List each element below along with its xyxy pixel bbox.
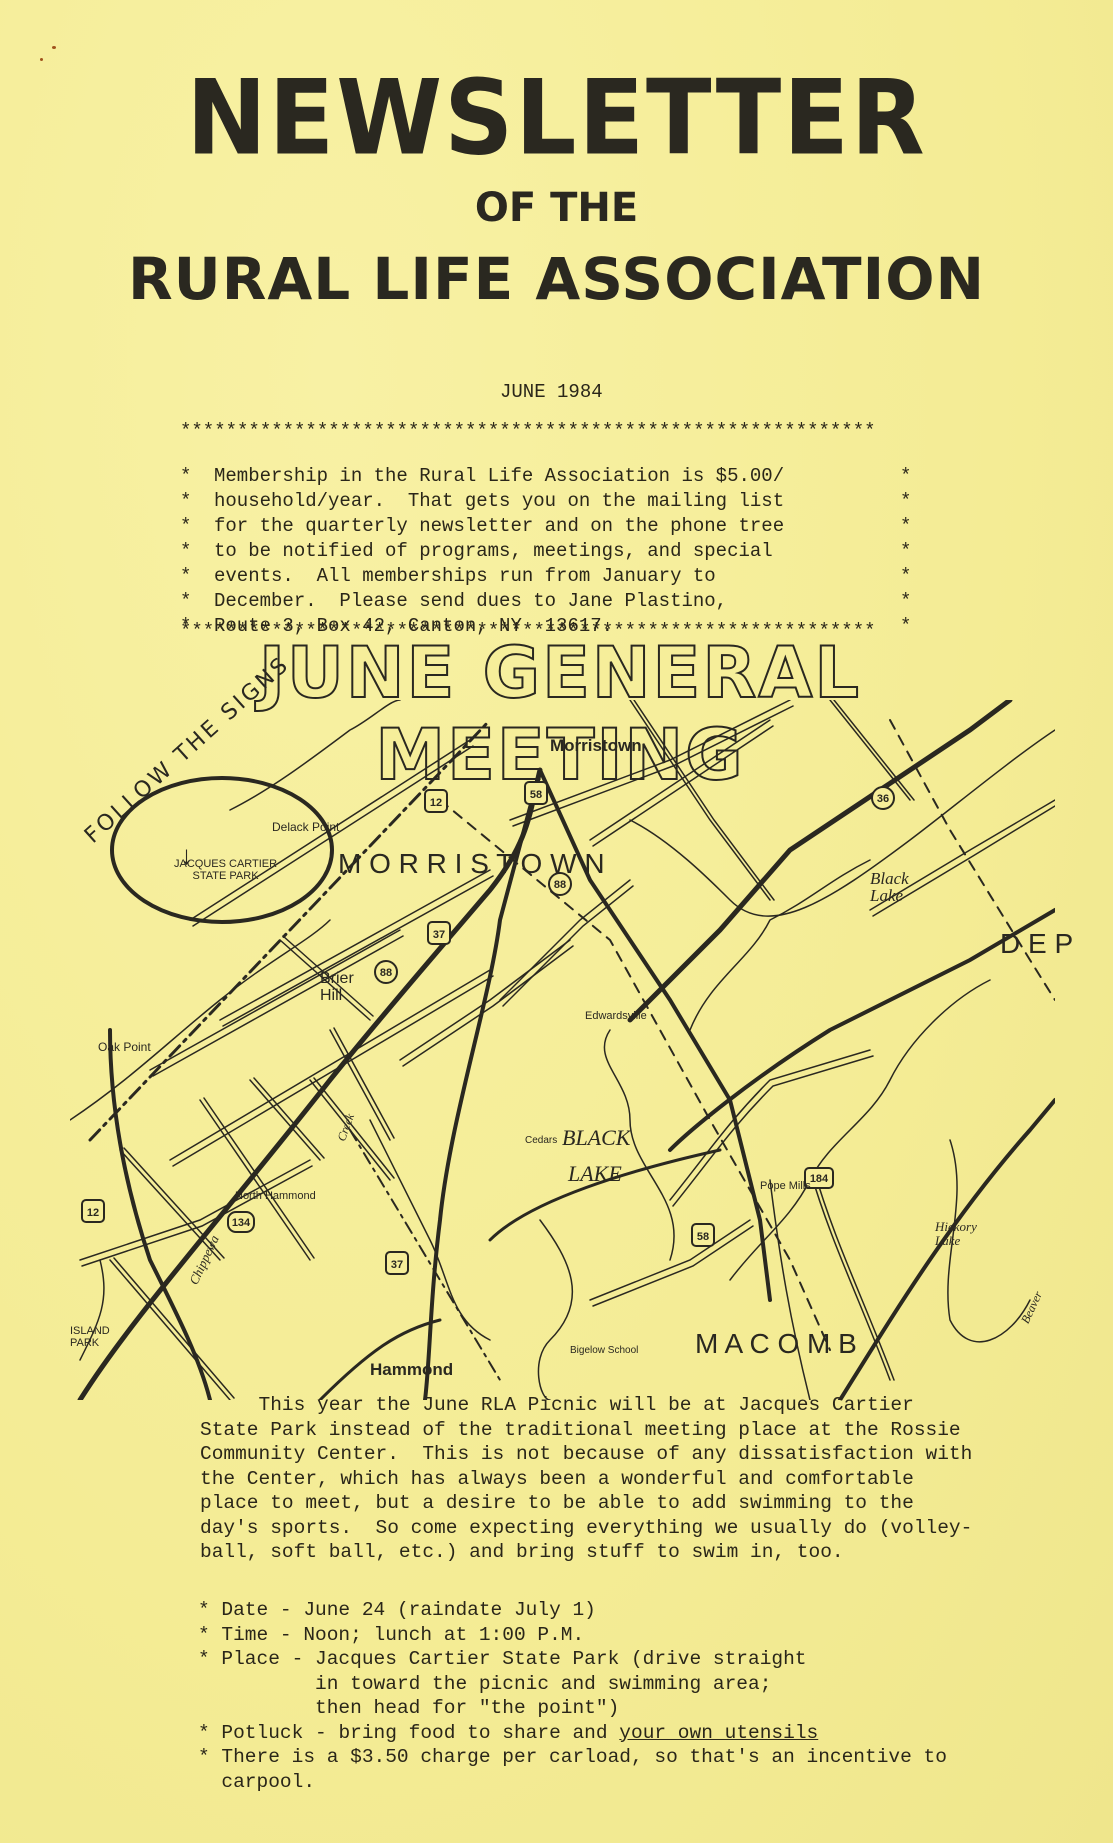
svg-text:36: 36: [877, 793, 889, 805]
svg-text:58: 58: [697, 1231, 709, 1243]
svg-text:88: 88: [380, 967, 392, 979]
delack-point-label: Delack Point: [272, 820, 339, 834]
box-top-border: ****************************************…: [180, 420, 876, 442]
morristown-village-label: Morristown: [550, 736, 642, 756]
map-roads: 12 58 37 88 88 36 184 58 12 134 37: [70, 700, 1055, 1400]
membership-box: *Membership in the Rural Life Associatio…: [180, 464, 940, 639]
hammond-label: Hammond: [370, 1360, 453, 1380]
detail-potluck: * Potluck - bring food to share and your…: [198, 1721, 1028, 1746]
membership-line: *Membership in the Rural Life Associatio…: [180, 464, 940, 489]
svg-text:12: 12: [430, 797, 442, 809]
paragraph-line: the Center, which has always been a wond…: [200, 1467, 1030, 1492]
morristown-township-label: M O R R I S T O W N: [338, 848, 605, 880]
park-label: JACQUES CARTIERSTATE PARK: [174, 858, 277, 882]
pope-mills-label: Pope Mills: [760, 1180, 811, 1192]
membership-line: *events. All memberships run from Januar…: [180, 564, 940, 589]
membership-line: *for the quarterly newsletter and on the…: [180, 514, 940, 539]
paragraph-line: day's sports. So come expecting everythi…: [200, 1516, 1030, 1541]
svg-text:58: 58: [530, 789, 542, 801]
detail-place: * Place - Jacques Cartier State Park (dr…: [198, 1647, 1028, 1721]
picnic-details-list: * Date - June 24 (raindate July 1) * Tim…: [198, 1598, 1028, 1794]
detail-charge: * There is a $3.50 charge per carload, s…: [198, 1745, 1028, 1794]
issue-date: JUNE 1984: [500, 381, 603, 403]
cedars-label: Cedars: [525, 1135, 557, 1146]
edwardsville-label: Edwardsville: [585, 1010, 647, 1022]
area-map: 12 58 37 88 88 36 184 58 12 134 37 FOLLO…: [70, 700, 1055, 1400]
bigelow-school-label: Bigelow School: [570, 1345, 638, 1356]
svg-text:134: 134: [232, 1217, 251, 1229]
paper-speck: [52, 46, 56, 49]
paragraph-line: Community Center. This is not because of…: [200, 1442, 1030, 1467]
svg-text:184: 184: [810, 1173, 829, 1185]
island-park-label: ISLANDPARK: [70, 1325, 110, 1349]
masthead-subtitle: OF THE: [0, 185, 1113, 231]
depeyster-label: D E P: [1000, 928, 1073, 960]
membership-line: *to be notified of programs, meetings, a…: [180, 539, 940, 564]
black-lake-label: BLACKLAKE: [562, 1120, 630, 1192]
masthead-title: NEWSLETTER: [0, 58, 1113, 179]
svg-text:37: 37: [391, 1259, 403, 1271]
masthead-organization: RURAL LIFE ASSOCIATION: [0, 245, 1113, 313]
brier-hill-label: BrierHill: [320, 970, 354, 1004]
paragraph-line: State Park instead of the traditional me…: [200, 1418, 1030, 1443]
macomb-label: M A C O M B: [695, 1328, 857, 1360]
oak-point-label: Oak Point: [98, 1040, 151, 1054]
paragraph-line: place to meet, but a desire to be able t…: [200, 1491, 1030, 1516]
hickory-lake-label: HickoryLake: [935, 1220, 977, 1248]
picnic-paragraph: This year the June RLA Picnic will be at…: [200, 1393, 1030, 1565]
svg-text:37: 37: [433, 929, 445, 941]
north-hammond-label: North Hammond: [235, 1190, 316, 1202]
newsletter-page: NEWSLETTER OF THE RURAL LIFE ASSOCIATION…: [0, 0, 1113, 1843]
svg-text:12: 12: [87, 1207, 99, 1219]
underlined-utensils: your own utensils: [619, 1722, 818, 1744]
paragraph-line: ball, soft ball, etc.) and bring stuff t…: [200, 1540, 1030, 1565]
black-lake-small-label: BlackLake: [870, 870, 909, 904]
paragraph-line: This year the June RLA Picnic will be at…: [200, 1393, 1030, 1418]
detail-time: * Time - Noon; lunch at 1:00 P.M.: [198, 1623, 1028, 1648]
membership-line: *household/year. That gets you on the ma…: [180, 489, 940, 514]
detail-date: * Date - June 24 (raindate July 1): [198, 1598, 1028, 1623]
svg-text:88: 88: [554, 879, 566, 891]
membership-line: *December. Please send dues to Jane Plas…: [180, 589, 940, 614]
